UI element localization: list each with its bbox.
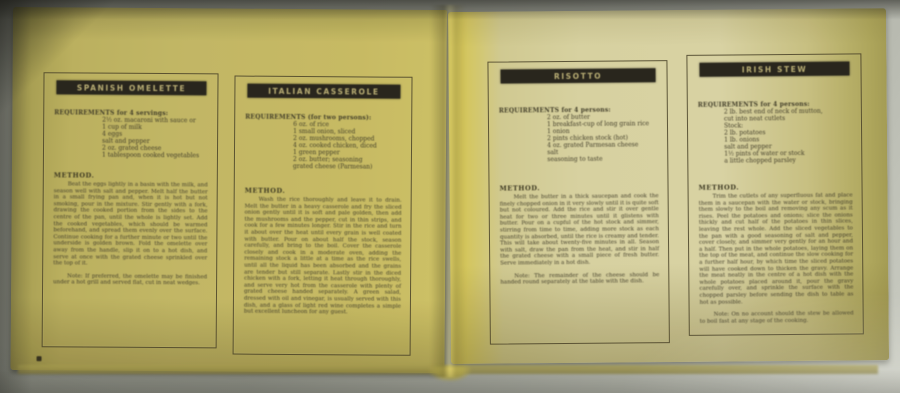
note-text: Note: On no account should the stew be a… — [700, 311, 854, 326]
recipe-card-3-print: RISOTTO REQUIREMENTS for 4 persons: 2 oz… — [489, 68, 669, 286]
recipe-title: IRISH STEW — [742, 64, 808, 74]
left-page: SPANISH OMELETTE REQUIREMENTS for 4 serv… — [10, 7, 447, 373]
ingredient-line: 1 tablespoon cooked vegetables — [102, 152, 209, 160]
photo-scene: SPANISH OMELETTE REQUIREMENTS for 4 serv… — [0, 0, 900, 393]
ingredient-line: grated cheese (Parmesan) — [293, 163, 403, 171]
ingredient-line: seasoning to taste — [547, 155, 659, 163]
page-number-mark — [37, 356, 42, 361]
recipe-card-2-print: ITALIAN CASSEROLE REQUIREMENTS (for two … — [234, 84, 412, 317]
right-page: RISOTTO REQUIREMENTS for 4 persons: 2 oz… — [448, 8, 889, 364]
recipe-title-bar: ITALIAN CASSEROLE — [247, 84, 400, 99]
ingredient-line: 1 breakfast-cup of long grain rice — [547, 120, 659, 128]
note-text: Note: The remainder of the cheese should… — [500, 272, 659, 287]
requirements-section: REQUIREMENTS (for two persons): 6 oz. of… — [245, 114, 403, 171]
ingredient-line: a little chopped parsley — [724, 156, 853, 164]
method-text: Melt the butter in a thick saucepan and … — [500, 193, 660, 267]
open-recipe-book: SPANISH OMELETTE REQUIREMENTS for 4 serv… — [0, 0, 900, 393]
recipe-card-2: ITALIAN CASSEROLE REQUIREMENTS (for two … — [233, 76, 413, 356]
recipe-title: ITALIAN CASSEROLE — [268, 86, 380, 96]
requirements-section: REQUIREMENTS for 4 servings: 2½ oz. maca… — [54, 109, 209, 159]
recipe-card-3: RISOTTO REQUIREMENTS for 4 persons: 2 oz… — [487, 60, 669, 345]
recipe-card-4: IRISH STEW REQUIREMENTS for 4 persons: 2… — [686, 53, 863, 336]
method-label: METHOD. — [245, 187, 411, 196]
recipe-card-1: SPANISH OMELETTE REQUIREMENTS for 4 serv… — [42, 72, 219, 348]
method-text: Trim the cutlets of any superfluous fat … — [699, 192, 854, 305]
method-label: METHOD. — [54, 171, 217, 180]
note-text: Note: If preferred, the omelette may be … — [53, 273, 207, 287]
method-label: METHOD. — [699, 182, 862, 191]
recipe-title: RISOTTO — [554, 71, 602, 80]
requirements-section: REQUIREMENTS for 4 persons: 2 oz. of but… — [499, 106, 659, 163]
method-text: Wash the rice thoroughly and leave it to… — [244, 197, 402, 317]
recipe-card-1-print: SPANISH OMELETTE REQUIREMENTS for 4 serv… — [43, 80, 217, 287]
recipe-title-bar: RISOTTO — [501, 68, 656, 83]
method-label: METHOD. — [500, 183, 668, 192]
recipe-title-bar: SPANISH OMELETTE — [56, 80, 206, 95]
recipe-title: SPANISH OMELETTE — [77, 83, 186, 93]
book-gutter — [430, 5, 466, 377]
recipe-title-bar: IRISH STEW — [699, 61, 849, 76]
method-text: Beat the eggs lightly in a basin with th… — [53, 181, 208, 268]
recipe-card-4-print: IRISH STEW REQUIREMENTS for 4 persons: 2… — [687, 61, 862, 325]
requirements-section: REQUIREMENTS for 4 persons: 2 lb. best e… — [698, 100, 854, 164]
